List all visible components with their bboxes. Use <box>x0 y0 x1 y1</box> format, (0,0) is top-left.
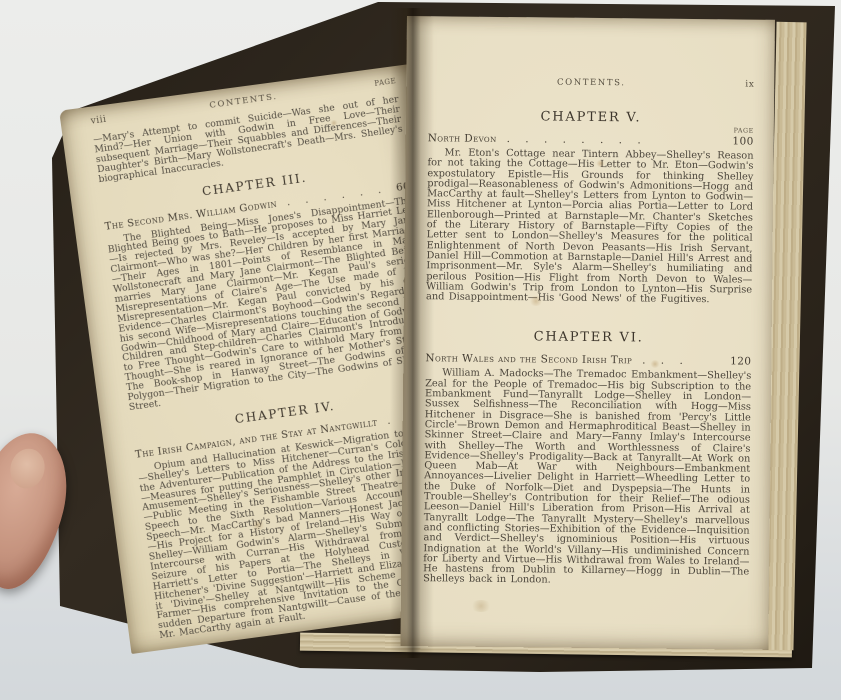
right-running-head-title: CONTENTS. <box>557 78 626 89</box>
right-contents-page: CONTENTS. ix CHAPTER V. North Devon . . … <box>400 16 775 650</box>
chapter5-title: North Devon <box>428 132 497 145</box>
chapter5-summary: Mr. Eton's Cottage near Tintern Abbey—Sh… <box>426 148 754 306</box>
chapter6-summary: William A. Madocks—The Tremadoc Embankme… <box>423 369 751 589</box>
left-running-head-title: CONTENTS. <box>209 92 278 111</box>
chapter3-summary: The Blighted Being—Miss Jones's Disappoi… <box>106 196 435 413</box>
chapter6-title-line: North Wales and the Second Irish Trip . … <box>425 353 751 368</box>
chapter6-page-number: 120 <box>729 356 751 368</box>
chapter5-heading: CHAPTER V. <box>428 108 754 126</box>
left-page-number: viii <box>90 115 107 127</box>
thumb-nail <box>6 445 49 492</box>
chapter5-page-number: PAGE 100 <box>732 135 754 147</box>
chapter5-title-line: North Devon . . . . . . . . PAGE 100 <box>428 132 754 147</box>
chapter6-title: North Wales and the Second Irish Trip <box>425 353 632 367</box>
page-column-label: PAGE <box>734 127 754 134</box>
right-running-head: CONTENTS. ix <box>428 76 754 89</box>
chapter6-dot-leader: . . . <box>632 355 729 368</box>
book-gutter-shadow <box>390 8 434 658</box>
chapter5-dot-leader: . . . . . . . . <box>497 133 732 147</box>
right-page-number: ix <box>745 80 754 90</box>
book-photo: viii CONTENTS. PAGE —Mary's Attempt to c… <box>0 0 841 700</box>
chapter6-heading: CHAPTER VI. <box>426 329 752 347</box>
